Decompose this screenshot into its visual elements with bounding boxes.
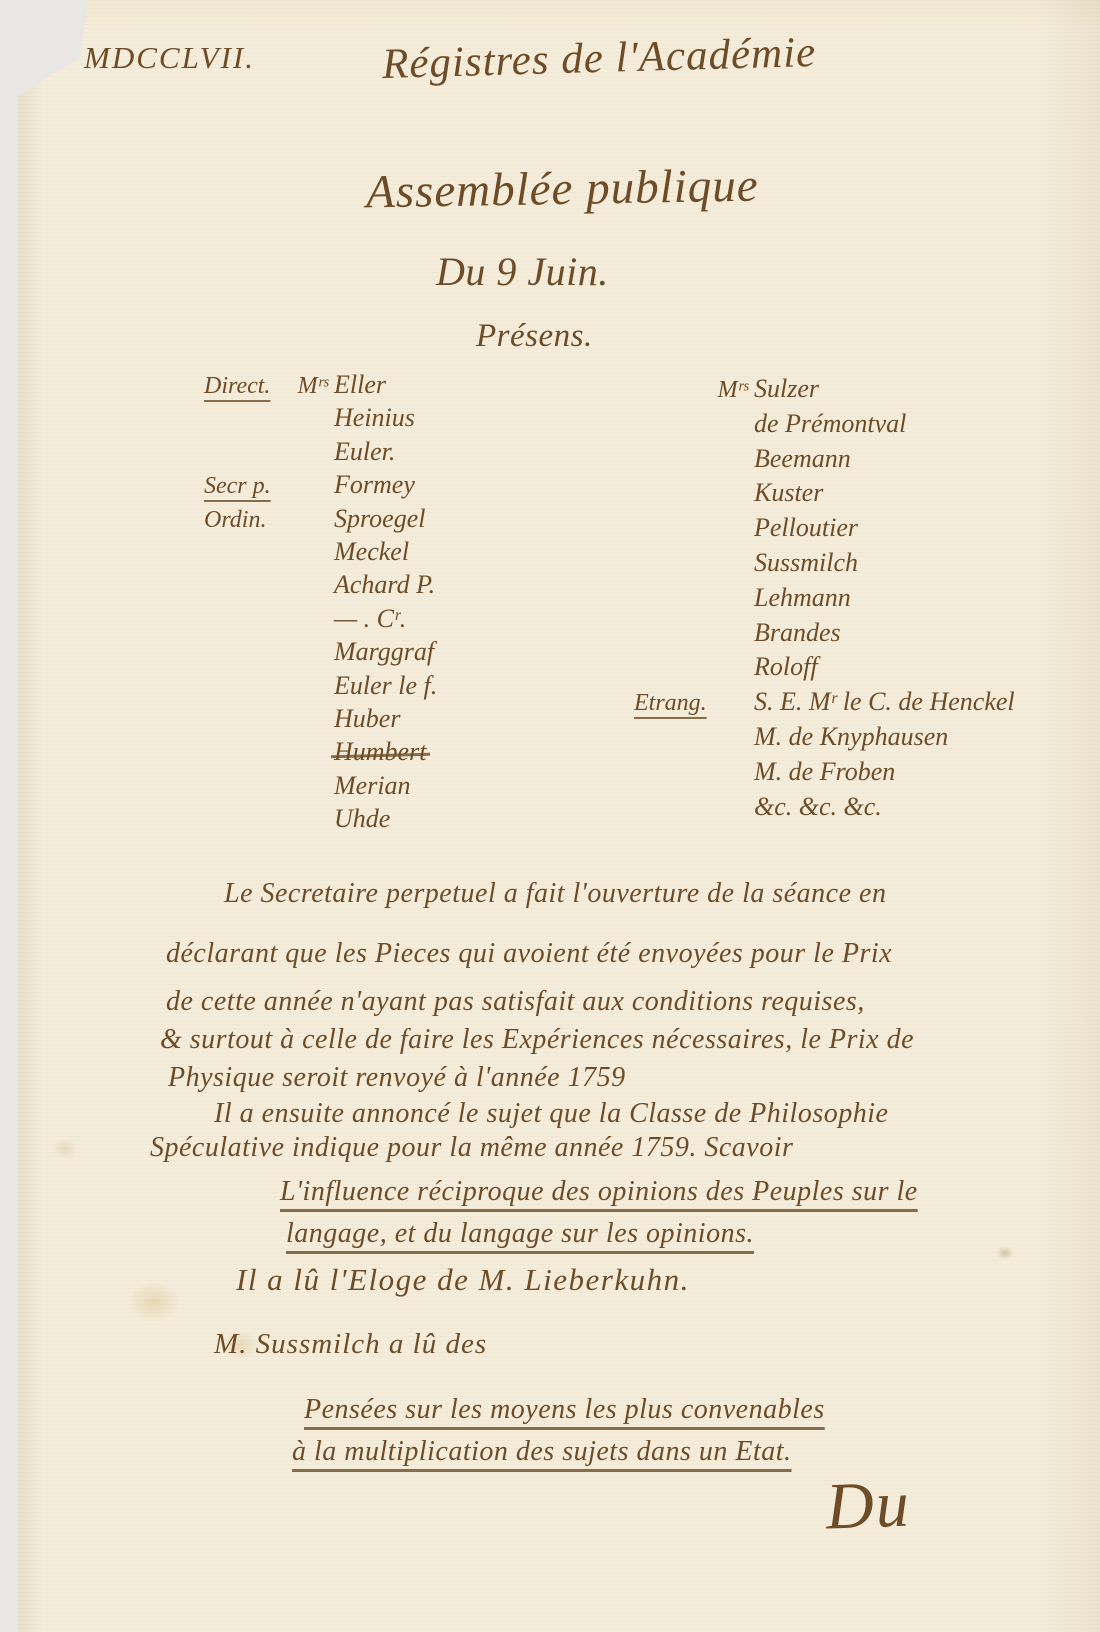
attendee-name: Euler. (334, 437, 395, 467)
prize-subject-line: L'influence réciproque des opinions des … (280, 1176, 918, 1208)
presens-heading: Présens. (476, 318, 593, 355)
attendee-name: Sproegel (334, 504, 425, 534)
attendee-name: Huber (334, 704, 400, 734)
catchword: Du (825, 1467, 912, 1546)
attendee-name: Heinius (334, 403, 415, 433)
attendee-row: Secr p. Formey (204, 470, 437, 503)
memoir-title-line: Pensées sur les moyens les plus convenab… (304, 1394, 825, 1426)
attendee-row: Ordin. Sproegel (204, 504, 437, 537)
attendee-name: S. E. Mʳ le C. de Henckel (754, 687, 1015, 717)
body-line: de cette année n'ayant pas satisfait aux… (166, 986, 865, 1018)
role-label: Direct. (204, 373, 270, 400)
attendee-name: — . Cʳ. (334, 604, 406, 634)
messieurs-abbrev: Mʳˢ (718, 377, 748, 404)
attendee-name: de Prémontval (754, 409, 906, 439)
attendee-name: Sulzer (754, 374, 819, 404)
attendee-row: Euler le f. (204, 671, 437, 704)
attendee-name: Formey (334, 470, 415, 500)
attendee-row: Direct.Mʳˢ Eller (204, 370, 437, 403)
attendee-row: Kuster (634, 478, 1015, 513)
attendee-row: Lehmann (634, 583, 1015, 618)
session-heading: Assemblée publique (366, 159, 759, 220)
body-line: Il a ensuite annoncé le sujet que la Cla… (214, 1098, 888, 1130)
attendee-name: Euler le f. (334, 671, 437, 701)
role-label: Secr p. (204, 473, 271, 500)
attendee-row: Uhde (204, 804, 437, 837)
attendee-row: Merian (204, 771, 437, 804)
attendee-name: Achard P. (334, 570, 435, 600)
attendee-row: Euler. (204, 437, 437, 470)
attendee-row: Etrang. S. E. Mʳ le C. de Henckel (634, 687, 1015, 722)
attendee-list-right: Mʳˢ Sulzer de Prémontval Beemann Kuster … (634, 374, 1015, 826)
attendee-name: Roloff (754, 652, 818, 682)
role-label: Ordin. (204, 507, 266, 534)
attendee-name: Kuster (754, 478, 823, 508)
attendee-row: Achard P. (204, 570, 437, 603)
attendee-name: Merian (334, 771, 411, 801)
attendee-name: Lehmann (754, 583, 851, 613)
attendee-row: M. de Knyphausen (634, 722, 1015, 757)
attendee-row: Sussmilch (634, 548, 1015, 583)
attendee-name: Sussmilch (754, 548, 858, 578)
attendee-name: Uhde (334, 804, 390, 834)
attendee-row: Heinius (204, 403, 437, 436)
attendee-name: Brandes (754, 618, 841, 648)
attendee-row: &c. &c. &c. (634, 792, 1015, 827)
attendee-row: Roloff (634, 652, 1015, 687)
attendee-row: Beemann (634, 444, 1015, 479)
attendee-name: Beemann (754, 444, 851, 474)
body-line: Il a lû l'Eloge de M. Lieberkuhn. (236, 1262, 690, 1298)
attendee-row: Mʳˢ Sulzer (634, 374, 1015, 409)
attendee-name: M. de Froben (754, 757, 895, 787)
attendee-row: M. de Froben (634, 757, 1015, 792)
attendee-row: Brandes (634, 618, 1015, 653)
messieurs-abbrev: Mʳˢ (298, 373, 328, 400)
attendee-row: — . Cʳ. (204, 604, 437, 637)
attendee-name: Pelloutier (754, 513, 858, 543)
prize-subject-line: langage, et du langage sur les opinions. (286, 1218, 754, 1250)
attendee-row: Marggraf (204, 637, 437, 670)
marginal-year: MDCCLVII. (84, 40, 255, 76)
attendee-name-struck: Humbert (334, 737, 426, 767)
attendee-name: Marggraf (334, 637, 434, 667)
body-line: Le Secretaire perpetuel a fait l'ouvertu… (224, 878, 886, 910)
body-line: déclarant que les Pieces qui avoient été… (166, 938, 892, 970)
body-line: Physique seroit renvoyé à l'année 1759 (168, 1062, 626, 1094)
attendee-list-left: Direct.Mʳˢ Eller Heinius Euler. Secr p. … (204, 370, 437, 837)
attendee-row: Humbert (204, 737, 437, 770)
attendee-row: Huber (204, 704, 437, 737)
role-label-etrangers: Etrang. (634, 690, 707, 717)
body-line: Spéculative indique pour la même année 1… (150, 1132, 793, 1164)
memoir-title-line: à la multiplication des sujets dans un E… (292, 1436, 792, 1468)
attendee-name: Eller (334, 370, 386, 400)
attendee-row: de Prémontval (634, 409, 1015, 444)
attendee-name: M. de Knyphausen (754, 722, 948, 752)
manuscript-scan: { "colors": { "ink": "#6d4c27", "paper":… (0, 0, 1100, 1632)
attendee-row: Pelloutier (634, 513, 1015, 548)
attendee-row: Meckel (204, 537, 437, 570)
session-date: Du 9 Juin. (436, 248, 609, 295)
body-line: & surtout à celle de faire les Expérienc… (160, 1024, 914, 1056)
attendee-name: Meckel (334, 537, 409, 567)
body-line: M. Sussmilch a lû des (214, 1328, 487, 1361)
etcetera: &c. &c. &c. (754, 792, 882, 822)
